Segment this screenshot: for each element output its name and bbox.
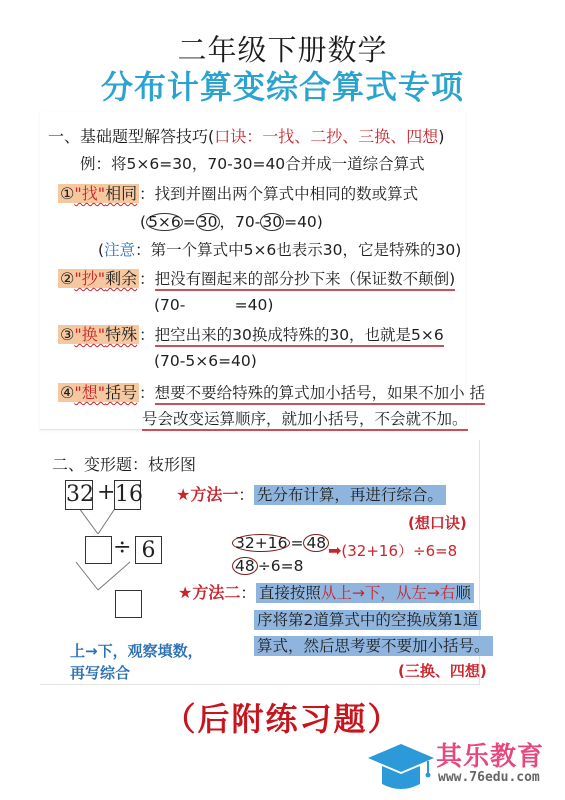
step-3-formula: (70-5×6=40) (154, 352, 257, 370)
section1-title: 一、基础题型解答技巧(口诀：一找、二抄、三换、四想) (48, 124, 445, 147)
circled-expression: 5×6 (146, 213, 183, 231)
method-2: ★方法二：直接按照从上→下，从左→右顺 (178, 580, 474, 603)
arrow-right-icon: ➡ (328, 541, 341, 560)
step-2-label: ②"抄"剩余 (58, 269, 139, 288)
tree-op-divide: ÷ (113, 535, 131, 560)
tree-box-mid-right: 6 (135, 536, 162, 564)
page-subtitle: 分布计算变综合算式专项 (0, 62, 565, 108)
tree-op-plus: + (97, 480, 115, 505)
method-2-hint: (三换、四想) (398, 660, 487, 681)
method-1-label: ★方法一 (176, 485, 238, 504)
circled-number: 30 (196, 213, 220, 231)
section2-title: 二、变形题：枝形图 (52, 452, 196, 475)
step-1: ①"找"相同：找到并圈出两个算式中相同的数或算式 (58, 181, 418, 204)
tree-box-bottom-empty[interactable] (115, 590, 142, 618)
method-2-line1: 直接按照从上→下，从左→右顺 (256, 583, 474, 603)
step-3-desc: 把空出来的30换成特殊的30，也就是5×6 (155, 326, 444, 347)
brand-name: 其乐教育 (436, 736, 544, 773)
method-2-line2: 序将第2道算式中的空换成第1道 (254, 608, 481, 630)
method-2-line3: 算式，然后思考要不要加小括号。 (254, 634, 493, 656)
step-3: ③"换"特殊：把空出来的30换成特殊的30，也就是5×6 (58, 322, 444, 345)
mnemonic: 口诀：一找、二抄、三换、四想 (214, 127, 438, 146)
step-2-formula: (70- =40) (154, 296, 273, 314)
graduation-cap-icon (366, 742, 436, 794)
step-4-label: ④"想"括号 (58, 383, 139, 402)
method-2-label: ★方法二 (178, 583, 240, 602)
step-1-note: (注意：第一个算式中5×6也表示30，它是特殊的30) (98, 238, 461, 260)
step-3-label: ③"换"特殊 (58, 325, 139, 344)
method-1: ★方法一：先分布计算，再进行综合。 (176, 482, 446, 505)
circled-number: 30 (260, 213, 284, 231)
tree-box-top-right: 16 (114, 480, 141, 510)
tree-box-mid-empty[interactable] (85, 536, 112, 564)
step-2: ②"抄"剩余：把没有圈起来的部分抄下来（保证数不颠倒) (58, 266, 455, 289)
step-4-desc-line2: 号会改变运算顺序，就加小括号，不会就不加。 (142, 407, 468, 429)
step-4-desc-line1: 想要不要给特殊的算式加小括号，如果不加小 括 (155, 384, 485, 405)
appendix-note: （后附练习题） (0, 694, 565, 740)
brand-url[interactable]: www.76edu.com (438, 770, 540, 785)
calc-step-2: 48÷6=8 (232, 557, 303, 575)
step-2-desc: 把没有圈起来的部分抄下来（保证数不颠倒) (155, 270, 456, 291)
calc-step-1: 32+16=48 (232, 534, 329, 552)
method-1-hint: (想口诀) (408, 512, 467, 533)
step-1-desc: 找到并圈出两个算式中相同的数或算式 (155, 185, 419, 203)
tree-box-top-left: 32 (65, 480, 93, 510)
step-1-label: ①"找"相同 (58, 184, 139, 203)
step-4: ④"想"括号：想要不要给特殊的算式加小括号，如果不加小 括 (58, 380, 485, 403)
tree-note-line2: 再写综合 (70, 662, 130, 683)
combined-result: ➡(32+16）÷6=8 (328, 540, 457, 561)
tree-note-line1: 上→下，观察填数， (70, 640, 203, 661)
example-text: 例：将5×6=30，70-30=40合并成一道综合算式 (80, 152, 425, 174)
method-1-text: 先分布计算，再进行综合。 (254, 485, 446, 505)
step-1-formula: (5×6=30，70-30=40) (140, 210, 323, 232)
